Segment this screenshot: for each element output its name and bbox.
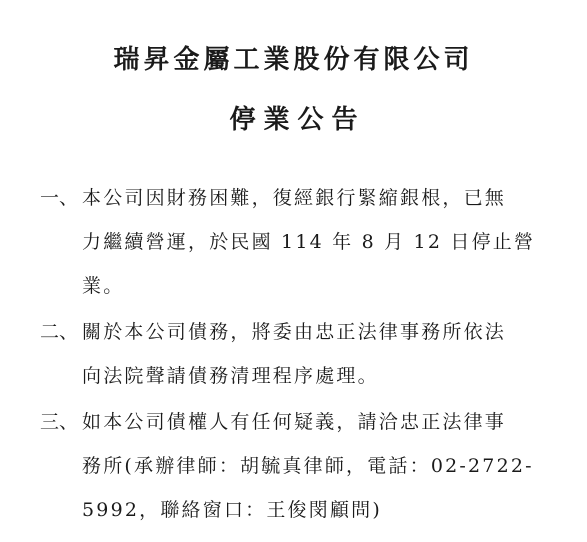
item-marker: 三、 xyxy=(40,400,82,444)
item-text-line: 關於本公司債務，將委由忠正法律事務所依法 xyxy=(82,310,540,354)
item-text-line: 力繼續營運，於民國 114 年 8 月 12 日停止營 xyxy=(82,220,540,264)
item-text-line: 業。 xyxy=(82,264,540,308)
notice-item-1: 一、 本公司因財務困難，復經銀行緊縮銀根，已無 力繼續營運，於民國 114 年 … xyxy=(40,176,540,308)
item-text: 本公司因財務困難，復經銀行緊縮銀根，已無 力繼續營運，於民國 114 年 8 月… xyxy=(82,176,540,308)
item-text-line: 5992，聯絡窗口：王俊閔顧問) xyxy=(82,488,540,532)
notice-title-heading: 停業公告 xyxy=(0,102,587,138)
item-marker: 二、 xyxy=(40,310,82,354)
item-text-line: 如本公司債權人有任何疑義，請洽忠正法律事 xyxy=(82,400,540,444)
item-text-line: 務所(承辦律師：胡毓真律師，電話：02-2722- xyxy=(82,444,540,488)
item-text-line: 向法院聲請債務清理程序處理。 xyxy=(82,354,540,398)
notice-item-3: 三、 如本公司債權人有任何疑義，請洽忠正法律事 務所(承辦律師：胡毓真律師，電話… xyxy=(40,400,540,532)
announcement-page: 瑞昇金屬工業股份有限公司 停業公告 一、 本公司因財務困難，復經銀行緊縮銀根，已… xyxy=(0,0,587,542)
item-text: 如本公司債權人有任何疑義，請洽忠正法律事 務所(承辦律師：胡毓真律師，電話：02… xyxy=(82,400,540,532)
notice-item-2: 二、 關於本公司債務，將委由忠正法律事務所依法 向法院聲請債務清理程序處理。 xyxy=(40,310,540,398)
item-text: 關於本公司債務，將委由忠正法律事務所依法 向法院聲請債務清理程序處理。 xyxy=(82,310,540,398)
company-name-heading: 瑞昇金屬工業股份有限公司 xyxy=(0,42,587,78)
item-marker: 一、 xyxy=(40,176,82,220)
item-text-line: 本公司因財務困難，復經銀行緊縮銀根，已無 xyxy=(82,176,540,220)
notice-items-list: 一、 本公司因財務困難，復經銀行緊縮銀根，已無 力繼續營運，於民國 114 年 … xyxy=(40,176,540,534)
